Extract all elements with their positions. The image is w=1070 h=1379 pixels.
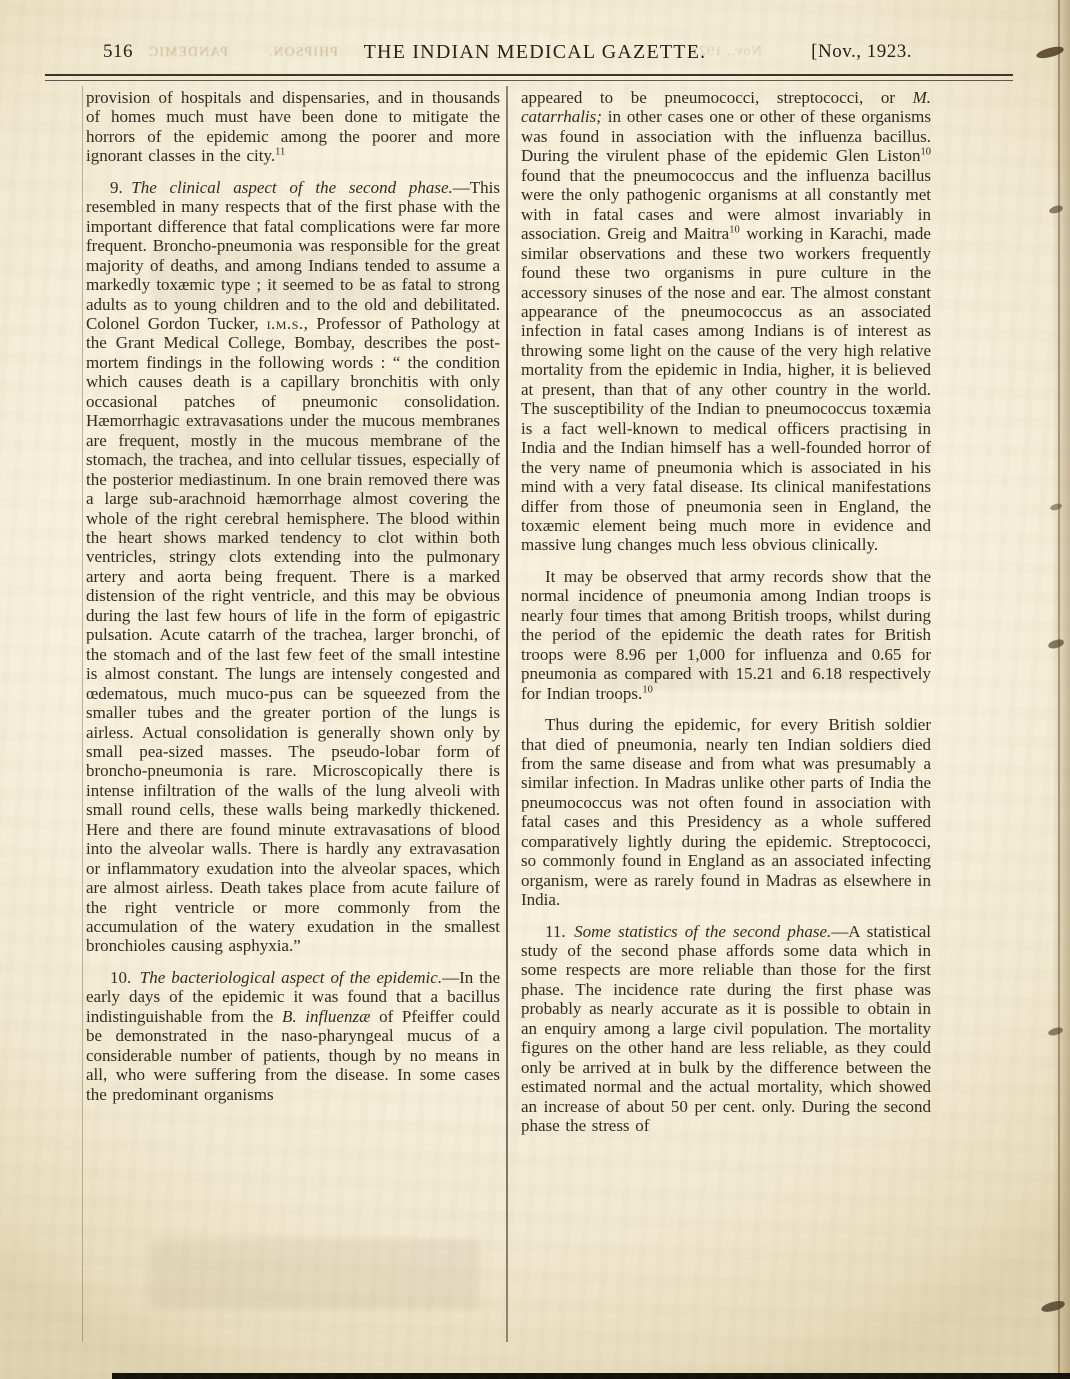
text-run: appeared to be pneumococci, streptococci… [521, 88, 913, 107]
right-text-column: appeared to be pneumococci, streptococci… [521, 88, 931, 1343]
left-text-column: provision of hospitals and dispensaries,… [86, 88, 500, 1343]
scanned-journal-page: PANDEMIC PHIPSON. Nov., 1923 516 THE IND… [0, 0, 1070, 1379]
column-divider-rule [506, 86, 508, 1342]
scan-edge-bar [112, 1373, 1070, 1379]
text-run: —This resembled in many respects that of… [86, 178, 500, 333]
issue-date: [Nov., 1923. [811, 41, 912, 63]
text-run: working in Karachi, made similar observa… [521, 224, 931, 554]
text-run: —A statistical study of the second phase… [521, 922, 931, 1136]
text-run: The bacteriological aspect of the epidem… [140, 968, 442, 987]
page-crease-line [82, 86, 83, 1342]
text-run: Some statistics of the second phase. [574, 922, 831, 941]
text-run: Professor of Pathology at the Grant Medi… [86, 314, 500, 956]
paragraph: Thus during the epidemic, for every Brit… [521, 715, 931, 910]
text-run: i.m.s., [267, 314, 309, 333]
text-run: provision of hospitals and dispensaries,… [86, 88, 500, 165]
text-run: 10 [729, 225, 740, 236]
text-run: 11. [545, 922, 574, 941]
text-run: 9. [110, 178, 131, 197]
paragraph: provision of hospitals and dispensaries,… [86, 88, 500, 166]
header-rule-top [45, 74, 1013, 76]
text-run: 10. [110, 968, 140, 987]
text-run: Thus during the epidemic, for every Brit… [521, 715, 931, 909]
text-run: 11 [275, 147, 285, 158]
text-run: 10 [921, 147, 932, 158]
paragraph: appeared to be pneumococci, streptococci… [521, 88, 931, 555]
text-run: B. influenzæ [282, 1007, 370, 1026]
paragraph: 10. The bacteriological aspect of the ep… [86, 968, 500, 1104]
text-run: The clinical aspect of the second phase. [131, 178, 453, 197]
paragraph: 11. Some statistics of the second phase.… [521, 922, 931, 1136]
text-run: It may be observed that army records sho… [521, 567, 931, 703]
paragraph: 9. The clinical aspect of the second pha… [86, 178, 500, 956]
paragraph: It may be observed that army records sho… [521, 567, 931, 703]
text-run: 10 [642, 684, 653, 695]
header-rule-bottom [45, 80, 1013, 81]
